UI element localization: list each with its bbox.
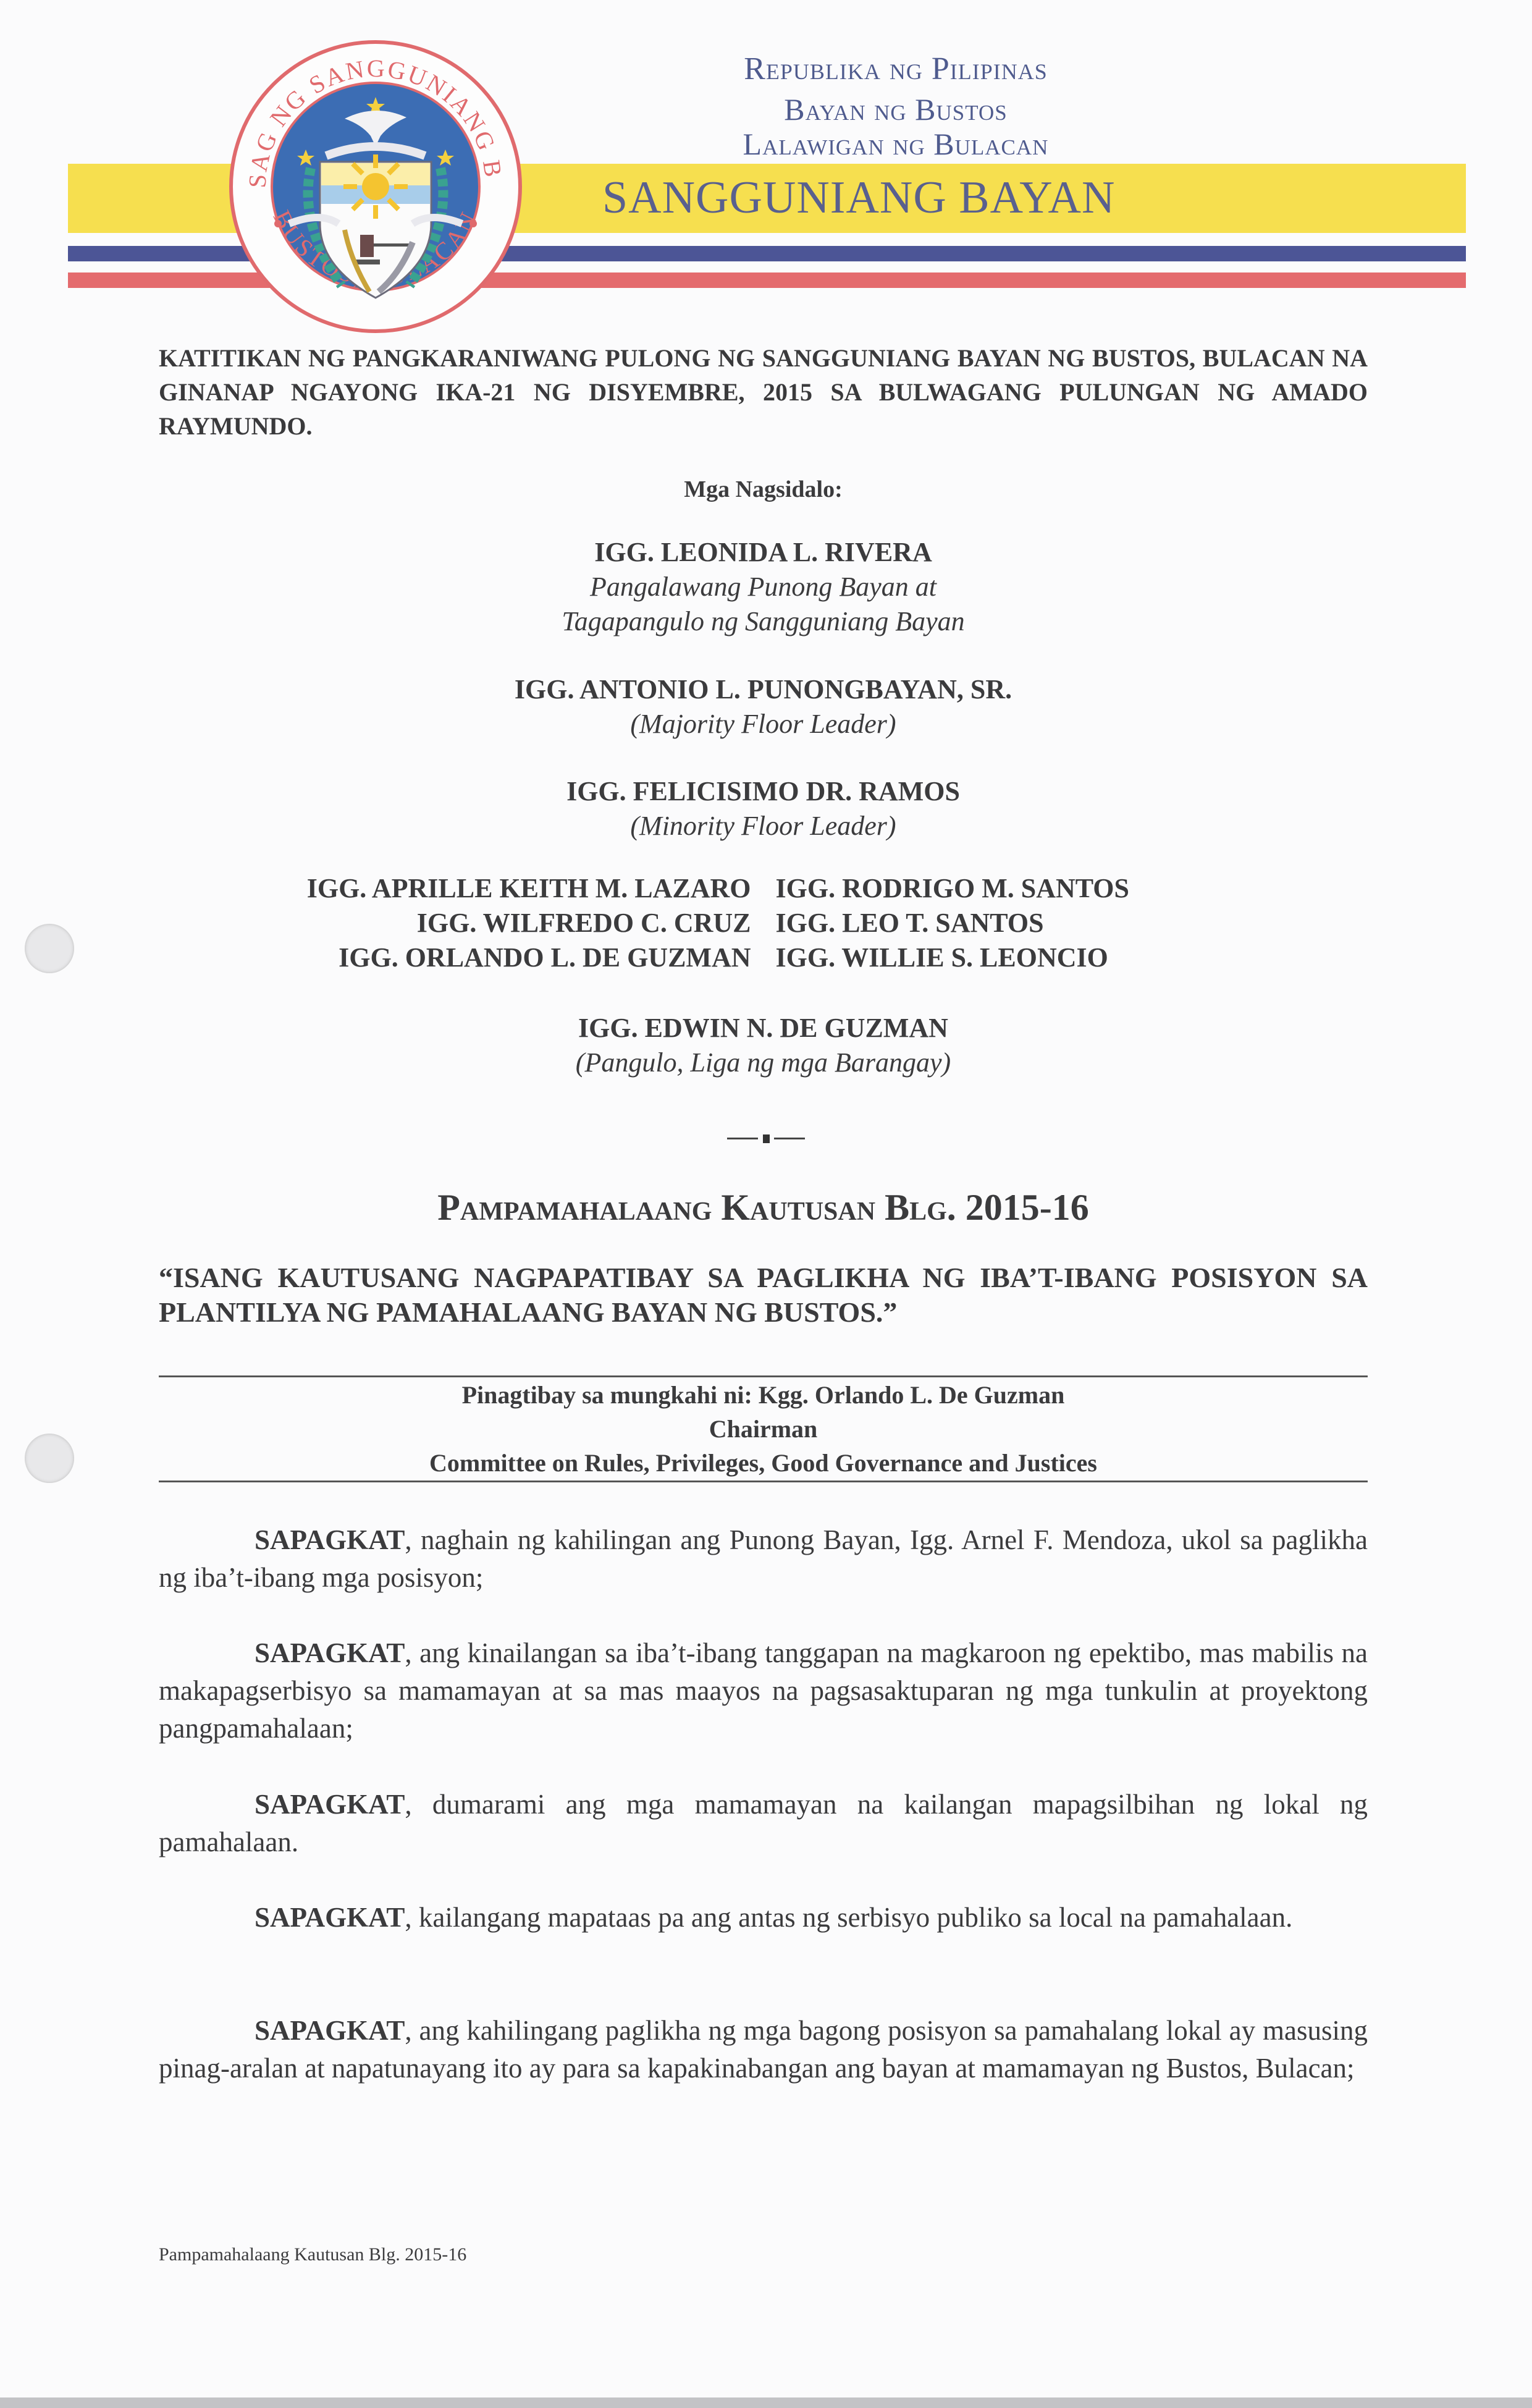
- attendee-name: IGG. LEONIDA L. RIVERA: [159, 535, 1368, 570]
- liga-president: IGG. EDWIN N. DE GUZMAN (Pangulo, Liga n…: [159, 1011, 1368, 1080]
- letterhead-council-name: SANGGUNIANG BAYAN: [602, 172, 1140, 224]
- member-name: IGG. ORLANDO L. DE GUZMAN: [159, 940, 751, 975]
- sponsor-block: Pinagtibay sa mungkahi ni: Kgg. Orlando …: [159, 1378, 1368, 1480]
- sponsor-position: Chairman: [159, 1412, 1368, 1446]
- attendee-role: (Minority Floor Leader): [159, 809, 1368, 843]
- sponsor-committee: Committee on Rules, Privileges, Good Gov…: [159, 1446, 1368, 1480]
- punch-hole: [25, 924, 74, 973]
- ordinance-title: Pampamahalaang Kautusan Blg. 2015-16: [159, 1186, 1368, 1229]
- whereas-clause: SAPAGKAT, naghain ng kahilingan ang Puno…: [159, 1521, 1368, 1597]
- majority-floor-leader: IGG. ANTONIO L. PUNONGBAYAN, SR. (Majori…: [159, 672, 1368, 741]
- whereas-clause: SAPAGKAT, kailangang mapataas pa ang ant…: [159, 1899, 1368, 1937]
- member-name: IGG. RODRIGO M. SANTOS: [776, 871, 1368, 906]
- presiding-officer: IGG. LEONIDA L. RIVERA Pangalawang Punon…: [159, 535, 1368, 639]
- letterhead-province: Lalawigan ng Bulacan: [680, 126, 1112, 162]
- attendee-role: (Pangulo, Liga ng mga Barangay): [159, 1046, 1368, 1080]
- whereas-clause: SAPAGKAT, ang kahilingang paglikha ng mg…: [159, 2012, 1368, 2087]
- whereas-clause: SAPAGKAT, ang kinailangan sa iba’t-ibang…: [159, 1634, 1368, 1747]
- attendee-name: IGG. ANTONIO L. PUNONGBAYAN, SR.: [159, 672, 1368, 707]
- attendee-role: (Majority Floor Leader): [159, 707, 1368, 741]
- section-divider: [727, 1132, 805, 1144]
- letterhead-republic: Republika ng Pilipinas: [680, 51, 1112, 87]
- member-name: IGG. WILLIE S. LEONCIO: [776, 940, 1368, 975]
- ordinance-subtitle: “ISANG KAUTUSANG NAGPAPATIBAY SA PAGLIKH…: [159, 1261, 1368, 1330]
- minutes-header: KATITIKAN NG PANGKARANIWANG PULONG NG SA…: [159, 341, 1368, 443]
- attendee-role: Tagapangulo ng Sangguniang Bayan: [159, 604, 1368, 639]
- attendee-name: IGG. EDWIN N. DE GUZMAN: [159, 1011, 1368, 1046]
- letterhead-municipality: Bayan ng Bustos: [680, 91, 1112, 127]
- sponsor-line: Pinagtibay sa mungkahi ni: Kgg. Orlando …: [159, 1378, 1368, 1412]
- minority-floor-leader: IGG. FELICISIMO DR. RAMOS (Minority Floo…: [159, 774, 1368, 843]
- page-footer: Pampamahalaang Kautusan Blg. 2015-16: [159, 2244, 466, 2265]
- sponsor-bottom-rule: [159, 1481, 1368, 1482]
- municipal-seal-icon: SAGISAG NG SANGGUNIANG BAYAN BUSTOS, BUL…: [227, 38, 524, 335]
- member-name: IGG. WILFREDO C. CRUZ: [159, 906, 751, 940]
- scan-edge: [0, 2397, 1532, 2408]
- punch-hole: [25, 1434, 74, 1483]
- member-name: IGG. LEO T. SANTOS: [776, 906, 1368, 940]
- sponsor-top-rule: [159, 1375, 1368, 1377]
- attendee-name: IGG. FELICISIMO DR. RAMOS: [159, 774, 1368, 809]
- member-name: IGG. APRILLE KEITH M. LAZARO: [159, 871, 751, 906]
- whereas-clause: SAPAGKAT, dumarami ang mga mamamayan na …: [159, 1786, 1368, 1861]
- attendees-label: Mga Nagsidalo:: [159, 476, 1368, 503]
- members-grid: IGG. APRILLE KEITH M. LAZARO IGG. RODRIG…: [159, 871, 1368, 975]
- attendee-role: Pangalawang Punong Bayan at: [159, 570, 1368, 604]
